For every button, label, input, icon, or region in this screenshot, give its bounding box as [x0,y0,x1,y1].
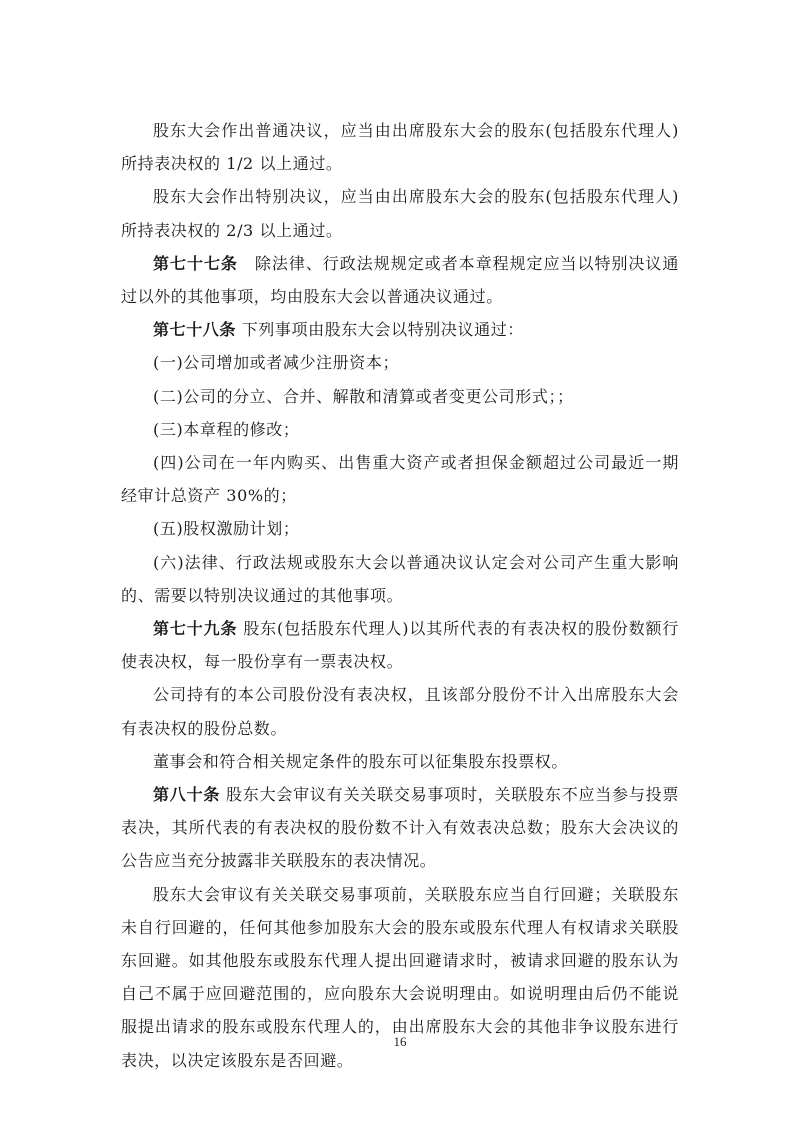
article-heading: 第八十条 [153,785,220,804]
article-80: 第八十条 股东大会审议有关关联交易事项时，关联股东不应当参与投票表决，其所代表的… [121,778,679,878]
list-item-4: (四)公司在一年内购买、出售重大资产或者担保金额超过公司最近一期经审计总资产 3… [121,446,679,512]
paragraph-special-resolution: 股东大会作出特别决议，应当由出席股东大会的股东(包括股东代理人)所持表决权的 2… [121,180,679,246]
paragraph-text: (四)公司在一年内购买、出售重大资产或者担保金额超过公司最近一期经审计总资产 3… [121,453,679,505]
paragraph-text: (五)股权激励计划； [153,519,300,538]
article-heading: 第七十八条 [153,320,236,339]
paragraph-ordinary-resolution: 股东大会作出普通决议，应当由出席股东大会的股东(包括股东代理人)所持表决权的 1… [121,114,679,180]
page-number: 16 [0,1034,800,1050]
list-item-5: (五)股权激励计划； [121,512,679,545]
list-item-1: (一)公司增加或者减少注册资本； [121,346,679,379]
paragraph-proxy-solicitation: 董事会和符合相关规定条件的股东可以征集股东投票权。 [121,745,679,778]
paragraph-company-shares: 公司持有的本公司股份没有表决权，且该部分股份不计入出席股东大会有表决权的股份总数… [121,678,679,744]
article-heading: 第七十七条 [153,254,238,273]
paragraph-text: 股东大会作出普通决议，应当由出席股东大会的股东(包括股东代理人)所持表决权的 1… [121,121,679,173]
paragraph-text: 下列事项由股东大会以特别决议通过： [236,320,524,339]
paragraph-text: (一)公司增加或者减少注册资本； [153,353,399,372]
article-heading: 第七十九条 [153,619,237,638]
paragraph-text: (三)本章程的修改； [153,420,300,439]
article-77: 第七十七条 除法律、行政法规规定或者本章程规定应当以特别决议通过以外的其他事项，… [121,247,679,313]
article-78: 第七十八条 下列事项由股东大会以特别决议通过： [121,313,679,346]
document-page: 股东大会作出普通决议，应当由出席股东大会的股东(包括股东代理人)所持表决权的 1… [121,114,679,1077]
paragraph-text: (六)法律、行政法规或股东大会以普通决议认定会对公司产生重大影响的、需要以特别决… [121,553,679,605]
list-item-3: (三)本章程的修改； [121,413,679,446]
paragraph-text: (二)公司的分立、合并、解散和清算或者变更公司形式；； [153,387,574,406]
paragraph-text: 股东大会作出特别决议，应当由出席股东大会的股东(包括股东代理人)所持表决权的 2… [121,187,679,239]
article-79: 第七十九条 股东(包括股东代理人)以其所代表的有表决权的股份数额行使表决权，每一… [121,612,679,678]
list-item-2: (二)公司的分立、合并、解散和清算或者变更公司形式；； [121,380,679,413]
paragraph-text: 董事会和符合相关规定条件的股东可以征集股东投票权。 [153,752,568,771]
paragraph-text: 公司持有的本公司股份没有表决权，且该部分股份不计入出席股东大会有表决权的股份总数… [121,685,679,737]
list-item-6: (六)法律、行政法规或股东大会以普通决议认定会对公司产生重大影响的、需要以特别决… [121,546,679,612]
